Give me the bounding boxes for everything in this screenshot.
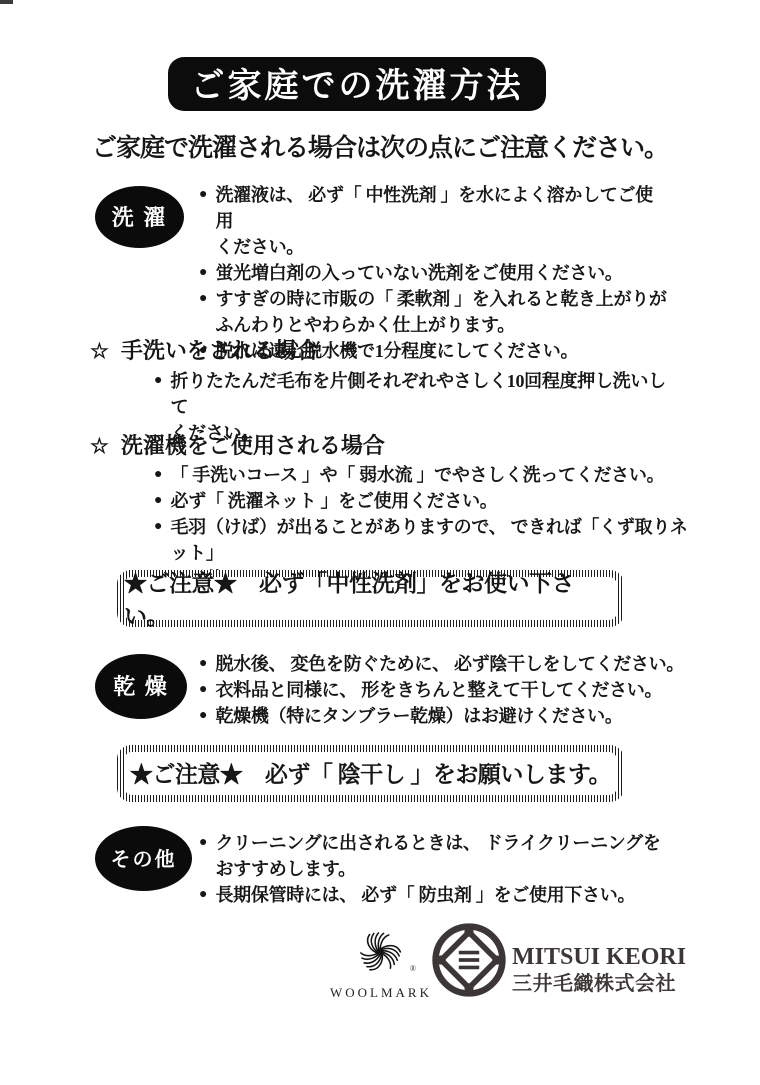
company-name-block: MITSUI KEORI 三井毛織株式会社 — [512, 943, 686, 999]
list-item-text: すすぎの時に市販の「 柔軟剤 」を入れると乾き上がりが ふんわりとやわらかく仕上… — [215, 286, 666, 338]
section-badge-drying-label: 乾 燥 — [113, 670, 169, 703]
bullet-icon: ● — [199, 260, 207, 286]
list-item-text: 脱水後、 変色を防ぐために、 必ず陰干しをしてください。 — [215, 651, 684, 677]
notice-box-detergent: ★ご注意★ 必ず「中性洗剤」をお使い下さい。 — [117, 570, 624, 627]
section-badge-others: その他 — [95, 826, 192, 891]
woolmark-swirl-icon — [349, 920, 411, 982]
bullet-icon: ● — [154, 488, 162, 514]
list-item-text: 必ず「 洗濯ネット 」をご使用ください。 — [170, 488, 497, 514]
subsection-handwash-heading: ☆ 手洗いをされる場合 — [90, 334, 319, 365]
notice-box-inner: ★ご注意★ 必ず「 陰干し 」をお願いします。 — [124, 752, 617, 795]
list-item: ● 「 手洗いコース 」や「 弱水流 」でやさしく洗ってください。 — [154, 462, 699, 488]
bullet-icon: ● — [154, 462, 162, 488]
star-icon: ☆ — [90, 434, 109, 459]
list-item-text: 乾燥機（特にタンブラー乾燥）はお避けください。 — [215, 703, 622, 729]
star-icon: ☆ — [90, 339, 109, 364]
mitsui-keori-emblem-icon — [430, 921, 508, 999]
bullet-icon: ● — [199, 677, 207, 703]
section-badge-others-label: その他 — [111, 843, 177, 874]
woolmark-logo: ® WOOLMARK — [330, 920, 430, 1001]
notice-text: ★ご注意★ 必ず「 陰干し 」をお願いします。 — [130, 756, 611, 791]
notice-box-inner: ★ご注意★ 必ず「中性洗剤」をお使い下さい。 — [124, 577, 617, 620]
section-badge-drying: 乾 燥 — [95, 654, 187, 719]
list-item-text: 蛍光増白剤の入っていない洗剤をご使用ください。 — [215, 260, 622, 286]
list-item: ● 洗濯液は、 必ず「 中性洗剤 」を水によく溶かしてご使用 ください。 — [199, 182, 669, 260]
bullet-icon: ● — [199, 882, 207, 908]
list-item: ● 必ず「 洗濯ネット 」をご使用ください。 — [154, 488, 699, 514]
list-item: ● クリーニングに出されるときは、 ドライクリーニングを おすすめします。 — [199, 830, 669, 882]
page-title-banner: ご家庭での洗濯方法 — [168, 57, 546, 111]
bullet-icon: ● — [199, 182, 207, 260]
bullet-icon: ● — [199, 830, 207, 882]
list-item: ● 脱水後、 変色を防ぐために、 必ず陰干しをしてください。 — [199, 651, 699, 677]
list-item-text: 洗濯液は、 必ず「 中性洗剤 」を水によく溶かしてご使用 ください。 — [215, 182, 669, 260]
registered-mark: ® — [410, 964, 416, 973]
bullet-icon: ● — [199, 286, 207, 338]
page-title: ご家庭での洗濯方法 — [191, 58, 524, 110]
list-item: ● すすぎの時に市販の「 柔軟剤 」を入れると乾き上がりが ふんわりとやわらかく… — [199, 286, 669, 338]
subsection-handwash-title: 手洗いをされる場合 — [121, 334, 319, 365]
company-name-en: MITSUI KEORI — [512, 943, 686, 971]
bullet-icon: ● — [199, 651, 207, 677]
company-name-jp: 三井毛織株式会社 — [512, 971, 686, 997]
document-page: ご家庭での洗濯方法 ご家庭で洗濯される場合は次の点にご注意ください。 洗 濯 ●… — [0, 0, 760, 1085]
drying-list: ● 脱水後、 変色を防ぐために、 必ず陰干しをしてください。 ● 衣料品と同様に… — [199, 651, 699, 729]
list-item-text: 衣料品と同様に、 形をきちんと整えて干してください。 — [215, 677, 662, 703]
section-badge-washing: 洗 濯 — [95, 186, 184, 248]
list-item-text: クリーニングに出されるときは、 ドライクリーニングを おすすめします。 — [215, 830, 660, 882]
list-item-text: 長期保管時には、 必ず「 防虫剤 」をご使用下さい。 — [215, 882, 635, 908]
list-item: ● 蛍光増白剤の入っていない洗剤をご使用ください。 — [199, 260, 669, 286]
scan-artifact — [0, 0, 13, 4]
others-list: ● クリーニングに出されるときは、 ドライクリーニングを おすすめします。 ● … — [199, 830, 669, 908]
subsection-machine-heading: ☆ 洗濯機をご使用される場合 — [90, 429, 385, 460]
notice-text: ★ご注意★ 必ず「中性洗剤」をお使い下さい。 — [124, 565, 617, 633]
list-item: ● 乾燥機（特にタンブラー乾燥）はお避けください。 — [199, 703, 699, 729]
list-item: ● 長期保管時には、 必ず「 防虫剤 」をご使用下さい。 — [199, 882, 669, 908]
notice-box-shade-dry: ★ご注意★ 必ず「 陰干し 」をお願いします。 — [117, 745, 624, 802]
page-subtitle: ご家庭で洗濯される場合は次の点にご注意ください。 — [4, 128, 756, 164]
section-badge-washing-label: 洗 濯 — [112, 201, 168, 234]
list-item-text: 「 手洗いコース 」や「 弱水流 」でやさしく洗ってください。 — [170, 462, 664, 488]
subsection-machine-title: 洗濯機をご使用される場合 — [121, 429, 385, 460]
mitsui-keori-logo: MITSUI KEORI 三井毛織株式会社 — [430, 921, 686, 999]
bullet-icon: ● — [199, 703, 207, 729]
list-item: ● 衣料品と同様に、 形をきちんと整えて干してください。 — [199, 677, 699, 703]
woolmark-label: WOOLMARK — [330, 985, 430, 1001]
